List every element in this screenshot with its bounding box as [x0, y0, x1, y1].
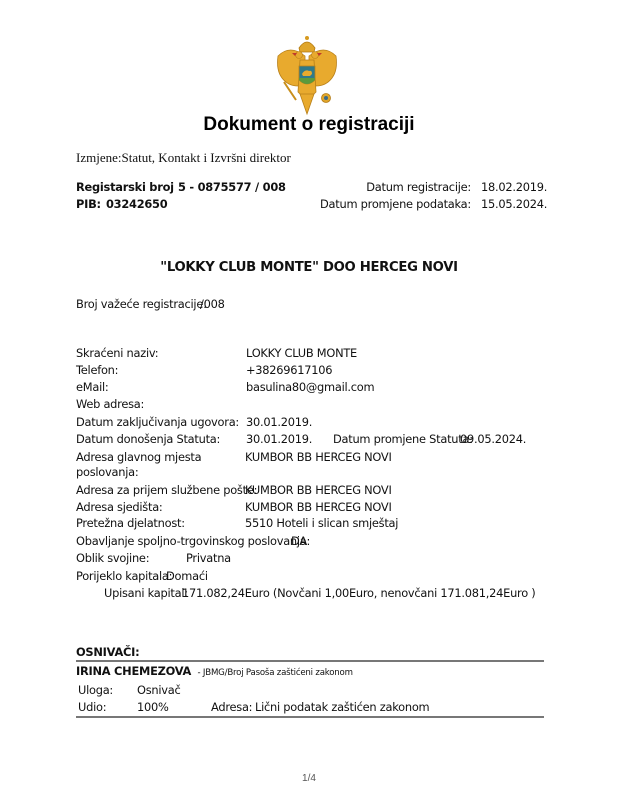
founder-name: IRINA CHEMEZOVA	[76, 664, 191, 678]
founders-heading: OSNIVAČI:	[76, 645, 139, 659]
founder-address-value: Lični podatak zaštićen zakonom	[255, 700, 429, 714]
statute-change-value: 09.05.2024.	[460, 432, 526, 446]
statute-date-label: Datum donošenja Statuta:	[76, 432, 220, 446]
capital-label: Upisani kapital:	[104, 586, 188, 600]
seat-address-label: Adresa sjedišta:	[76, 500, 163, 514]
coat-of-arms-icon	[272, 34, 342, 118]
page-indicator: 1/4	[0, 773, 618, 784]
reg-date-value: 18.02.2019.	[481, 180, 547, 194]
mail-address-value: KUMBOR BB HERCEG NOVI	[245, 483, 392, 497]
founder-role-label: Uloga:	[78, 683, 113, 697]
web-label: Web adresa:	[76, 397, 144, 411]
founder-note: - JBMG/Broj Pasoša zaštićeni zakonom	[197, 668, 352, 678]
email-value: basulina80@gmail.com	[246, 380, 374, 394]
activity-value: 5510 Hoteli i slican smještaj	[245, 516, 398, 530]
founder-address-label: Adresa:	[211, 700, 252, 714]
founders-divider-bottom	[76, 716, 544, 718]
main-address-label-cont: poslovanja:	[76, 465, 138, 479]
founder-entry: IRINA CHEMEZOVA - JBMG/Broj Pasoša zašti…	[76, 664, 353, 678]
mail-address-label: Adresa za prijem službene pošte:	[76, 483, 257, 497]
ownership-value: Privatna	[186, 551, 231, 565]
foreign-trade-value: DA	[291, 534, 307, 548]
data-change-value: 15.05.2024.	[481, 197, 547, 211]
email-label: eMail:	[76, 380, 108, 394]
changes-note: Izmjene:Statut, Kontakt i Izvršni direkt…	[76, 150, 291, 166]
ownership-label: Oblik svojine:	[76, 551, 149, 565]
capital-origin-label: Porijeklo kapitala:	[76, 569, 172, 583]
foreign-trade-label: Obavljanje spoljno-trgovinskog poslovanj…	[76, 534, 310, 548]
data-change-label: Datum promjene podataka:	[320, 197, 471, 211]
seat-address-value: KUMBOR BB HERCEG NOVI	[245, 500, 392, 514]
reg-number-label: Registarski broj	[76, 180, 174, 194]
pib-label: PIB:	[76, 197, 101, 211]
reg-date-label: Datum registracije:	[366, 180, 471, 194]
capital-value: 171.082,24Euro (Novčani 1,00Euro, nenovč…	[182, 586, 536, 600]
founder-role-value: Osnivač	[137, 683, 181, 697]
founder-share-label: Udio:	[78, 700, 106, 714]
document-title: Dokument o registraciji	[0, 114, 618, 136]
founder-share-value: 100%	[137, 700, 169, 714]
main-address-value: KUMBOR BB HERCEG NOVI	[245, 450, 392, 464]
pib-value: 03242650	[106, 197, 167, 211]
company-name: "LOKKY CLUB MONTE" DOO HERCEG NOVI	[0, 260, 618, 275]
statute-change-label: Datum promjene Statuta:	[333, 432, 473, 446]
short-name-label: Skraćeni naziv:	[76, 346, 158, 360]
phone-value: +38269617106	[246, 363, 332, 377]
activity-label: Pretežna djelatnost:	[76, 516, 185, 530]
contract-date-label: Datum zaključivanja ugovora:	[76, 415, 239, 429]
capital-origin-value: Domaći	[166, 569, 208, 583]
contract-date-value: 30.01.2019.	[246, 415, 312, 429]
founders-divider-top	[76, 660, 544, 662]
statute-date-value: 30.01.2019.	[246, 432, 312, 446]
valid-reg-value: /008	[200, 297, 225, 311]
main-address-label: Adresa glavnog mjesta	[76, 450, 201, 464]
valid-reg-label: Broj važeće registracije:	[76, 297, 207, 311]
short-name-value: LOKKY CLUB MONTE	[246, 346, 357, 360]
reg-number-value: 5 - 0875577 / 008	[178, 180, 286, 194]
phone-label: Telefon:	[76, 363, 118, 377]
